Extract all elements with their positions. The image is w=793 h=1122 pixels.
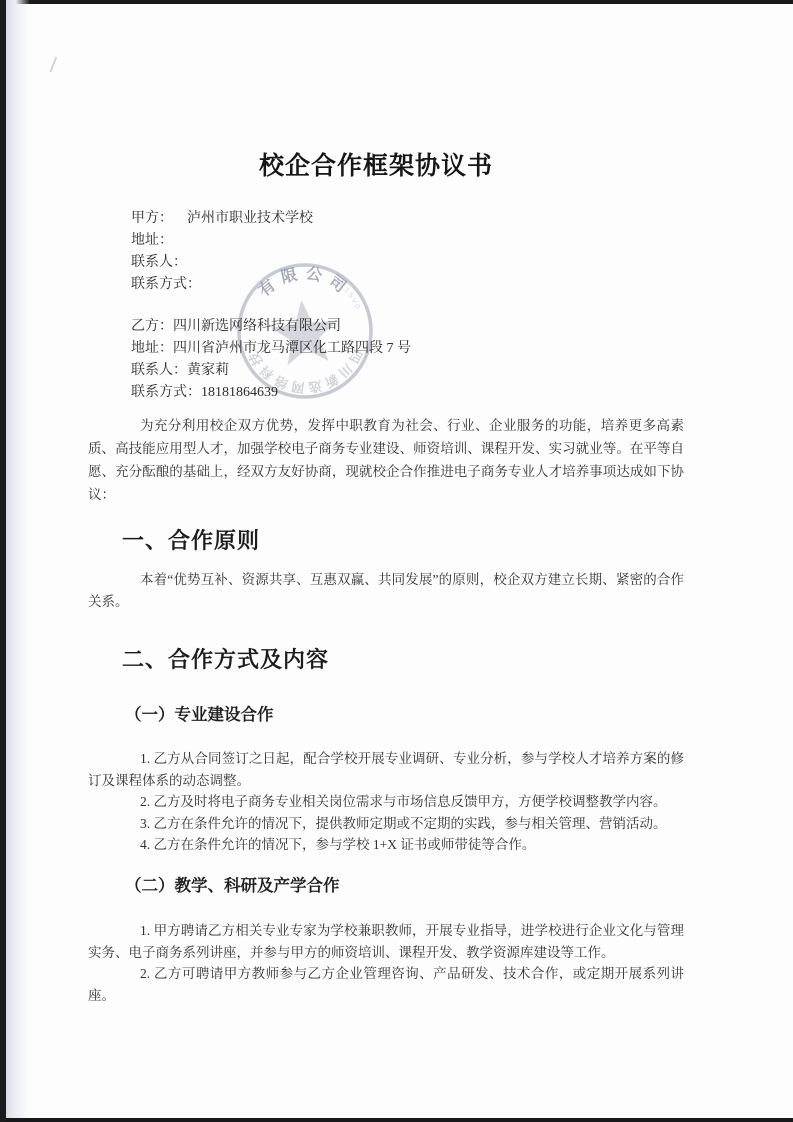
list-item: 2. 乙方及时将电子商务专业相关岗位需求与市场信息反馈甲方，方便学校调整教学内容… xyxy=(88,791,684,813)
subsection-2-items: 1. 甲方聘请乙方相关专业专家为学校兼职教师，开展专业指导，进学校进行企业文化与… xyxy=(88,920,684,1006)
party-b-name: 四川新选网络科技有限公司 xyxy=(173,319,341,334)
party-a-address-label: 地址： xyxy=(131,233,173,248)
party-a-block: 甲方：泸州市职业技术学校 地址： 联系人： 联系方式： xyxy=(131,208,691,296)
party-b-phone-label: 联系方式： xyxy=(131,385,201,400)
party-a-phone-line: 联系方式： xyxy=(131,274,691,296)
party-a-contact-line: 联系人： xyxy=(131,252,691,274)
list-item: 1. 甲方聘请乙方相关专业专家为学校兼职教师，开展专业指导，进学校进行企业文化与… xyxy=(88,920,684,963)
scan-edge-left-shadow xyxy=(6,0,30,1122)
list-item: 1. 乙方从合同签订之日起，配合学校开展专业调研、专业分析，参与学校人才培养方案… xyxy=(88,748,684,791)
scanned-page: 有限公司 四川新选网络科技 0E15V0 校企合作框架协议书 甲方：泸州市职业技… xyxy=(0,0,793,1122)
scan-edge-top xyxy=(12,0,793,4)
party-a-phone-label: 联系方式： xyxy=(131,277,201,292)
party-b-address-value: 四川省泸州市龙马潭区化工路四段 7 号 xyxy=(173,341,411,356)
party-a-address-line: 地址： xyxy=(131,230,691,252)
party-a-contact-label: 联系人： xyxy=(131,255,187,270)
party-b-contact-label: 联系人： xyxy=(131,363,187,378)
party-b-label: 乙方： xyxy=(131,319,173,334)
party-b-phone-value: 18181864639 xyxy=(201,385,278,400)
intro-paragraph: 为充分利用校企双方优势，发挥中职教育为社会、行业、企业服务的功能，培养更多高素质… xyxy=(88,414,684,506)
subsection-2-heading: （二）教学、科研及产学合作 xyxy=(125,872,340,896)
party-b-phone-line: 联系方式：18181864639 xyxy=(131,382,691,404)
list-item: 3. 乙方在条件允许的情况下，提供教师定期或不定期的实践，参与相关管理、营销活动… xyxy=(88,813,684,835)
scan-edge-bottom xyxy=(6,1118,793,1122)
party-a-name: 泸州市职业技术学校 xyxy=(187,211,313,226)
section-2-heading: 二、合作方式及内容 xyxy=(122,643,329,674)
subsection-1-heading: （一）专业建设合作 xyxy=(125,701,274,725)
party-b-contact-line: 联系人：黄家莉 xyxy=(131,360,691,382)
party-b-address-line: 地址：四川省泸州市龙马潭区化工路四段 7 号 xyxy=(131,338,691,360)
list-item: 4. 乙方在条件允许的情况下，参与学校 1+X 证书或师带徒等合作。 xyxy=(88,834,684,856)
section-1-heading: 一、合作原则 xyxy=(122,524,260,555)
list-item: 2. 乙方可聘请甲方教师参与乙方企业管理咨询、产品研发、技术合作，或定期开展系列… xyxy=(88,963,684,1006)
party-b-block: 乙方：四川新选网络科技有限公司 地址：四川省泸州市龙马潭区化工路四段 7 号 联… xyxy=(131,316,691,404)
section-1-paragraph: 本着“优势互补、资源共享、互惠双赢、共同发展”的原则，校企双方建立长期、紧密的合… xyxy=(88,569,684,613)
party-a-label: 甲方： xyxy=(131,211,173,226)
party-b-name-line: 乙方：四川新选网络科技有限公司 xyxy=(131,316,691,338)
party-b-address-label: 地址： xyxy=(131,341,173,356)
subsection-1-items: 1. 乙方从合同签订之日起，配合学校开展专业调研、专业分析，参与学校人才培养方案… xyxy=(88,748,684,856)
scan-artifact-mark xyxy=(49,57,64,76)
document-title: 校企合作框架协议书 xyxy=(78,146,674,182)
party-a-name-line: 甲方：泸州市职业技术学校 xyxy=(131,208,691,230)
party-b-contact-value: 黄家莉 xyxy=(187,363,229,378)
